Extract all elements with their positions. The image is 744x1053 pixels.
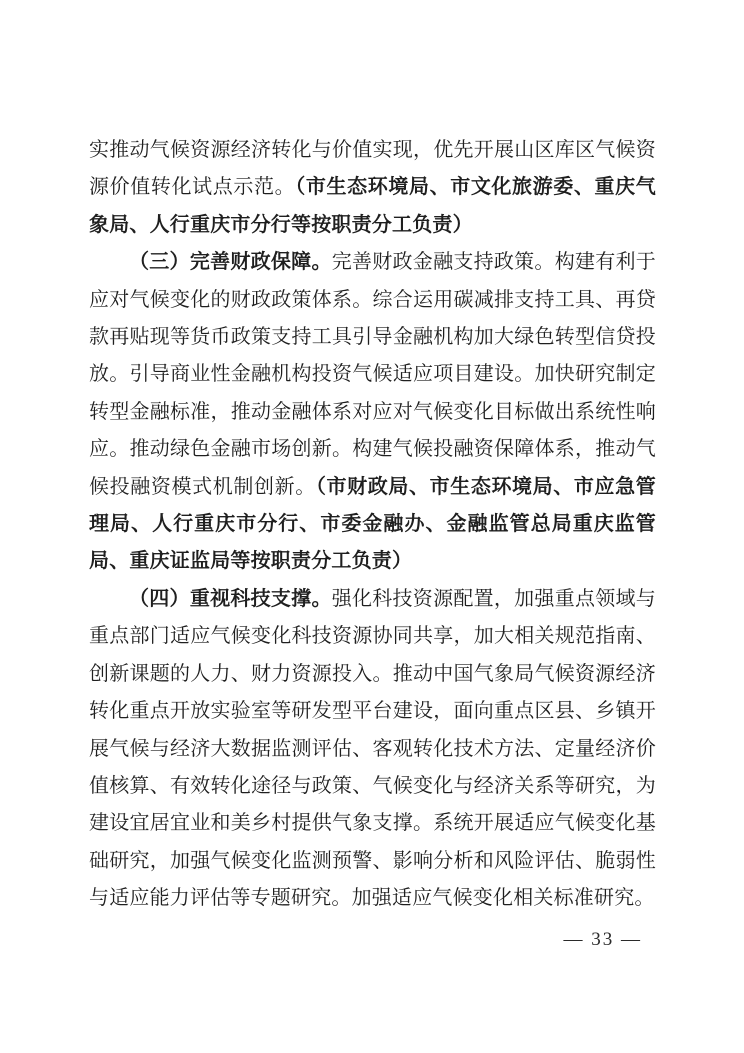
- paragraph-text: 强化科技资源配置，加强重点领域与重点部门适应气候变化科技资源协同共享，加大相关规…: [89, 588, 656, 909]
- paragraph-continued: 实推动气候资源经济转化与价值实现，优先开展山区库区气候资源价值转化试点示范。（市…: [89, 132, 656, 244]
- page-number: — 33 —: [564, 929, 643, 951]
- section-heading: （三）完善财政保障。: [129, 251, 332, 273]
- paragraph-section-4: （四）重视科技支撑。强化科技资源配置，加强重点领域与重点部门适应气候变化科技资源…: [89, 581, 656, 918]
- document-page: 实推动气候资源经济转化与价值实现，优先开展山区库区气候资源价值转化试点示范。（市…: [0, 0, 744, 1053]
- paragraph-text: 完善财政金融支持政策。构建有利于应对气候变化的财政政策体系。综合运用碳减排支持工…: [89, 251, 656, 497]
- paragraph-section-3: （三）完善财政保障。完善财政金融支持政策。构建有利于应对气候变化的财政政策体系。…: [89, 244, 656, 581]
- section-heading: （四）重视科技支撑。: [129, 588, 332, 610]
- document-body: 实推动气候资源经济转化与价值实现，优先开展山区库区气候资源价值转化试点示范。（市…: [89, 132, 656, 918]
